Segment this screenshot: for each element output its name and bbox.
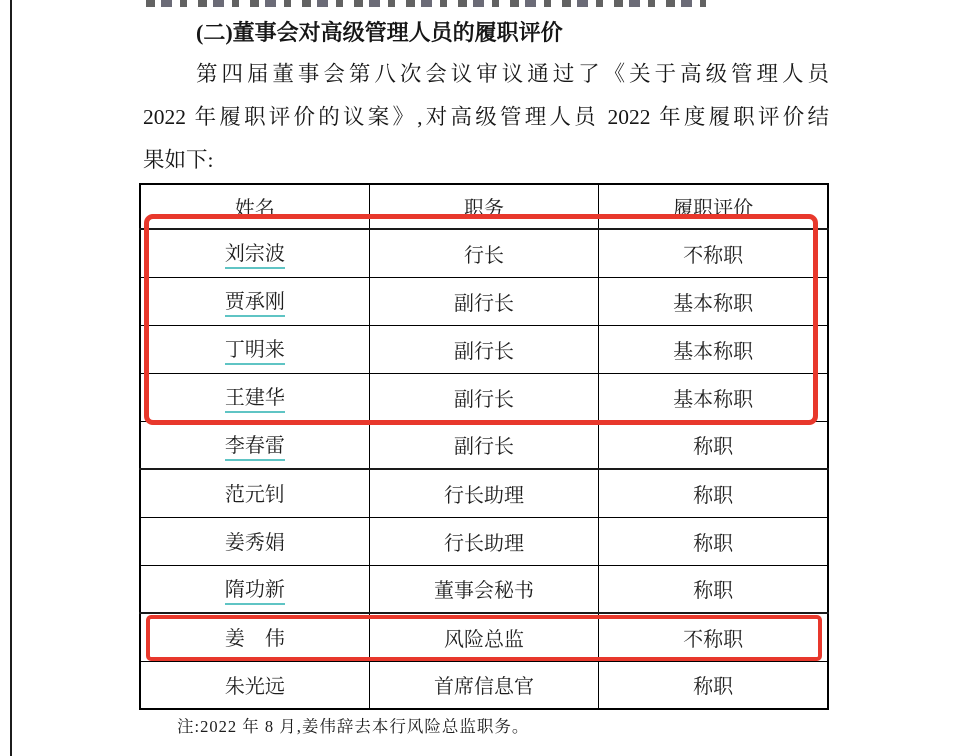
position-cell: 副行长 <box>369 277 598 325</box>
position-cell: 风险总监 <box>369 613 598 661</box>
header-row: 姓名 职务 履职评价 <box>140 184 828 229</box>
document-page: (二)董事会对高级管理人员的履职评价 第四届董事会第八次会议审议通过了《关于高级… <box>0 0 964 756</box>
position-cell: 行长助理 <box>369 469 598 517</box>
name-text: 李春雷 <box>225 429 285 461</box>
header-name: 姓名 <box>140 184 369 229</box>
name-cell: 姜 伟 <box>140 613 369 661</box>
name-cell: 范元钊 <box>140 469 369 517</box>
section-heading: (二)董事会对高级管理人员的履职评价 <box>196 20 563 45</box>
name-text: 姜秀娟 <box>225 526 285 556</box>
name-text: 丁明来 <box>225 333 285 365</box>
name-cell: 李春雷 <box>140 421 369 469</box>
name-cell: 贾承刚 <box>140 277 369 325</box>
name-text: 隋功新 <box>225 573 285 605</box>
evaluation-cell: 基本称职 <box>599 325 828 373</box>
evaluation-cell: 称职 <box>599 565 828 613</box>
evaluation-cell: 不称职 <box>599 229 828 277</box>
paragraph-line: 第四届董事会第八次会议审议通过了《关于高级管理人员 <box>196 62 829 87</box>
name-cell: 丁明来 <box>140 325 369 373</box>
evaluation-table: 姓名 职务 履职评价 刘宗波 行长 不称职 贾承刚 副行长 基本称职 丁明来 副 <box>139 183 829 710</box>
table-row: 范元钊 行长助理 称职 <box>140 469 828 517</box>
table-row: 丁明来 副行长 基本称职 <box>140 325 828 373</box>
evaluation-cell: 基本称职 <box>599 277 828 325</box>
clipped-text-line <box>146 0 706 7</box>
evaluation-cell: 基本称职 <box>599 373 828 421</box>
table-row: 刘宗波 行长 不称职 <box>140 229 828 277</box>
evaluation-table-body: 刘宗波 行长 不称职 贾承刚 副行长 基本称职 丁明来 副行长 基本称职 王建华… <box>140 229 828 709</box>
evaluation-table-header: 姓名 职务 履职评价 <box>140 184 828 229</box>
position-cell: 首席信息官 <box>369 661 598 709</box>
position-cell: 副行长 <box>369 325 598 373</box>
table-footnote: 注:2022 年 8 月,姜伟辞去本行风险总监职务。 <box>177 713 529 737</box>
paragraph-line: 果如下: <box>143 148 213 173</box>
table-row: 姜秀娟 行长助理 称职 <box>140 517 828 565</box>
position-cell: 行长 <box>369 229 598 277</box>
header-evaluation: 履职评价 <box>599 184 828 229</box>
evaluation-cell: 称职 <box>599 469 828 517</box>
table-row: 隋功新 董事会秘书 称职 <box>140 565 828 613</box>
evaluation-cell: 称职 <box>599 421 828 469</box>
name-cell: 隋功新 <box>140 565 369 613</box>
evaluation-cell: 称职 <box>599 661 828 709</box>
name-text: 范元钊 <box>225 478 285 508</box>
position-cell: 副行长 <box>369 373 598 421</box>
name-text: 朱光远 <box>225 670 285 700</box>
evaluation-cell: 称职 <box>599 517 828 565</box>
name-cell: 姜秀娟 <box>140 517 369 565</box>
table-row: 李春雷 副行长 称职 <box>140 421 828 469</box>
table-row: 王建华 副行长 基本称职 <box>140 373 828 421</box>
name-cell: 王建华 <box>140 373 369 421</box>
name-text: 贾承刚 <box>225 285 285 317</box>
page-edge-line <box>10 0 12 756</box>
evaluation-cell: 不称职 <box>599 613 828 661</box>
name-text: 刘宗波 <box>225 237 285 269</box>
paragraph-line: 2022 年履职评价的议案》,对高级管理人员 2022 年度履职评价结 <box>143 105 829 130</box>
header-position: 职务 <box>369 184 598 229</box>
position-cell: 行长助理 <box>369 517 598 565</box>
table-row: 姜 伟 风险总监 不称职 <box>140 613 828 661</box>
name-cell: 刘宗波 <box>140 229 369 277</box>
table-row: 贾承刚 副行长 基本称职 <box>140 277 828 325</box>
name-text: 姜 伟 <box>225 622 285 652</box>
name-text: 王建华 <box>225 381 285 413</box>
table-row: 朱光远 首席信息官 称职 <box>140 661 828 709</box>
position-cell: 董事会秘书 <box>369 565 598 613</box>
name-cell: 朱光远 <box>140 661 369 709</box>
position-cell: 副行长 <box>369 421 598 469</box>
